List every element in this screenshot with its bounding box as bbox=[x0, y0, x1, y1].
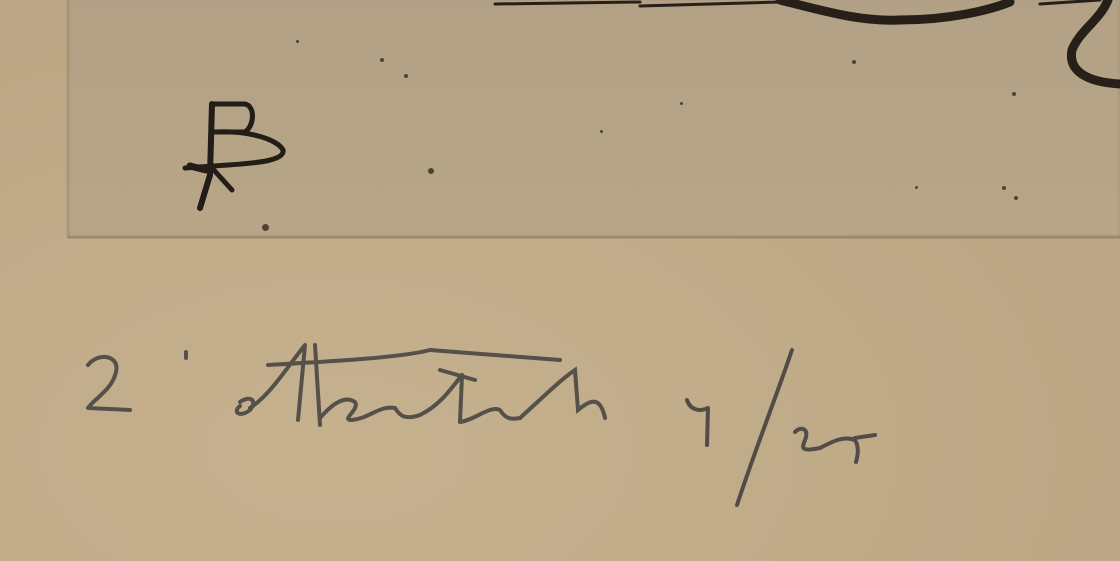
ink-speck bbox=[852, 60, 856, 64]
ink-speck bbox=[915, 186, 918, 189]
edition-number bbox=[687, 350, 875, 505]
drawing-strokes bbox=[0, 0, 1120, 561]
ink-speck bbox=[296, 40, 299, 43]
artist-monogram bbox=[185, 104, 283, 208]
ink-speck bbox=[380, 58, 384, 62]
ink-speck bbox=[262, 224, 269, 231]
ink-speck bbox=[600, 130, 603, 133]
pencil-inscription-tail bbox=[520, 370, 605, 418]
ink-speck bbox=[428, 168, 434, 174]
ink-speck bbox=[1002, 186, 1006, 190]
ink-speck bbox=[1012, 92, 1016, 96]
ink-speck bbox=[404, 74, 408, 78]
ink-speck bbox=[1014, 196, 1018, 200]
etched-figure-fragment bbox=[495, 0, 1120, 84]
ink-speck bbox=[680, 102, 683, 105]
pencil-inscription bbox=[88, 345, 560, 425]
